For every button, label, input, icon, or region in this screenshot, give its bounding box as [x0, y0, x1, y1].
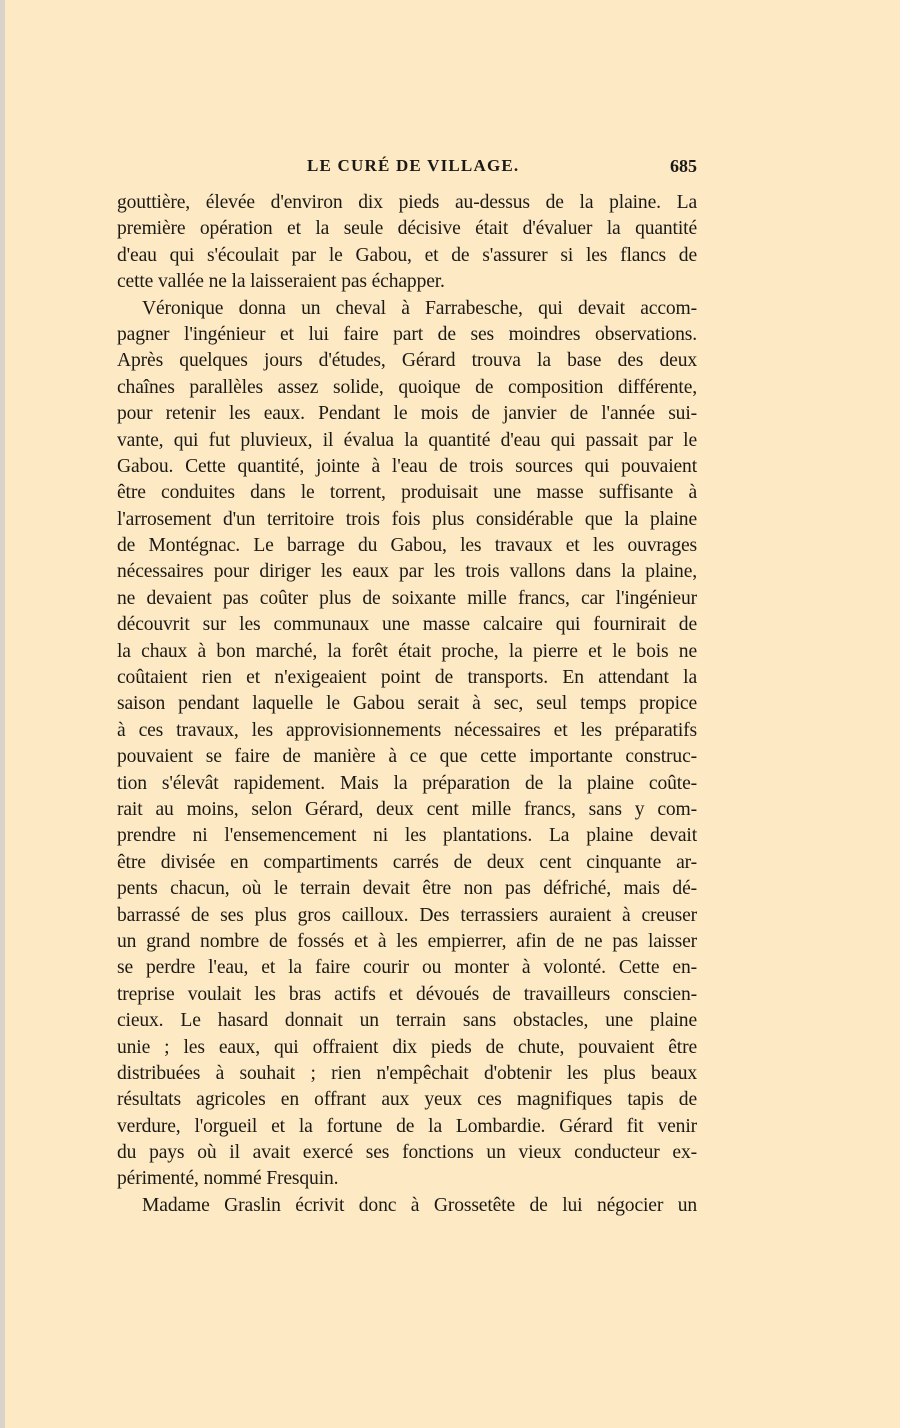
text-line: saison pendant laquelle le Gabou serait …	[117, 691, 697, 717]
text-line: à ces travaux, les approvisionnements né…	[117, 718, 697, 744]
text-line: treprise voulait les bras actifs et dévo…	[117, 982, 697, 1008]
text-line: un grand nombre de fossés et à les empie…	[117, 929, 697, 955]
text-line: Véronique donna un cheval à Farrabesche,…	[117, 296, 697, 322]
text-line: vante, qui fut pluvieux, il évalua la qu…	[117, 428, 697, 454]
text-line: Après quelques jours d'études, Gérard tr…	[117, 348, 697, 374]
text-line: cette vallée ne la laisseraient pas écha…	[117, 269, 697, 295]
text-line: gouttière, élevée d'environ dix pieds au…	[117, 190, 697, 216]
text-line: unie ; les eaux, qui offraient dix pieds…	[117, 1035, 697, 1061]
text-line: Gabou. Cette quantité, jointe à l'eau de…	[117, 454, 697, 480]
text-line: se perdre l'eau, et la faire courir ou m…	[117, 955, 697, 981]
running-title: LE CURÉ DE VILLAGE.	[307, 156, 519, 176]
body-text: gouttière, élevée d'environ dix pieds au…	[117, 190, 697, 1219]
text-line: verdure, l'orgueil et la fortune de la L…	[117, 1114, 697, 1140]
text-line: pour retenir les eaux. Pendant le mois d…	[117, 401, 697, 427]
text-line: résultats agricoles en offrant aux yeux …	[117, 1087, 697, 1113]
text-line: cieux. Le hasard donnait un terrain sans…	[117, 1008, 697, 1034]
page-number: 685	[670, 156, 697, 177]
text-line: périmenté, nommé Fresquin.	[117, 1166, 697, 1192]
text-line: l'arrosement d'un territoire trois fois …	[117, 507, 697, 533]
text-line: pagner l'ingénieur et lui faire part de …	[117, 322, 697, 348]
text-line: pents chacun, où le terrain devait être …	[117, 876, 697, 902]
text-line: tion s'élevât rapidement. Mais la prépar…	[117, 771, 697, 797]
text-line: ne devaient pas coûter plus de soixante …	[117, 586, 697, 612]
text-line: découvrit sur les communaux une masse ca…	[117, 612, 697, 638]
text-line: première opération et la seule décisive …	[117, 216, 697, 242]
text-line: de Montégnac. Le barrage du Gabou, les t…	[117, 533, 697, 559]
text-line: distribuées à souhait ; rien n'empêchait…	[117, 1061, 697, 1087]
text-line: nécessaires pour diriger les eaux par le…	[117, 559, 697, 585]
text-line: du pays où il avait exercé ses fonctions…	[117, 1140, 697, 1166]
text-line: Madame Graslin écrivit donc à Grossetête…	[117, 1193, 697, 1219]
text-line: coûtaient rien et n'exigeaient point de …	[117, 665, 697, 691]
text-line: barrassé de ses plus gros cailloux. Des …	[117, 903, 697, 929]
text-line: chaînes parallèles assez solide, quoique…	[117, 375, 697, 401]
text-line: la chaux à bon marché, la forêt était pr…	[117, 639, 697, 665]
text-line: être divisée en compartiments carrés de …	[117, 850, 697, 876]
text-line: prendre ni l'ensemencement ni les planta…	[117, 823, 697, 849]
running-header: LE CURÉ DE VILLAGE. 685	[117, 156, 697, 180]
text-line: être conduites dans le torrent, produisa…	[117, 480, 697, 506]
text-line: rait au moins, selon Gérard, deux cent m…	[117, 797, 697, 823]
text-line: d'eau qui s'écoulait par le Gabou, et de…	[117, 243, 697, 269]
text-line: pouvaient se faire de manière à ce que c…	[117, 744, 697, 770]
